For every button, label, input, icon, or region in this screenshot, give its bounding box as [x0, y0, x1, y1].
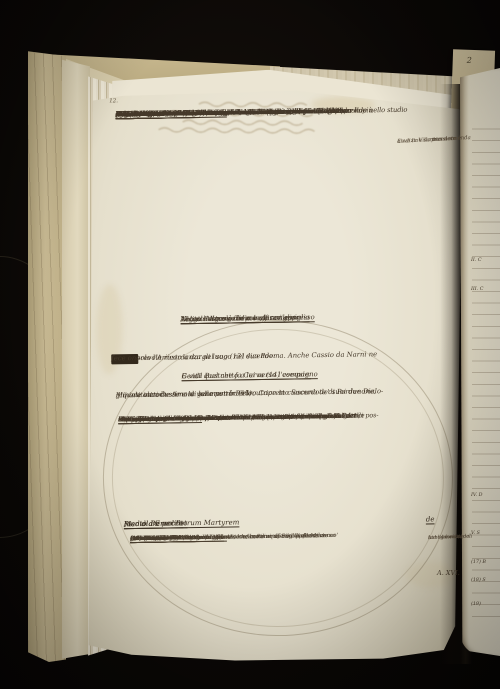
vellum-cover-left-edge [28, 50, 66, 662]
works-list-heading: I. Riso di Democrito, e Pianto d'Eraclit… [124, 515, 426, 520]
manuscript-photo: 2 12. Calmone (10). Dopo le strane vicen… [0, 0, 500, 689]
handwritten-text-layer: 12. Calmone (10). Dopo le strane vicende… [115, 83, 468, 660]
vellum-inner-strip [62, 58, 90, 660]
manuscript-page: 12. Calmone (10). Dopo le strane vicende… [87, 88, 463, 664]
folio-mark-left: 12. [109, 98, 118, 104]
adjacent-page-fragment: V. S [471, 531, 480, 536]
adjacent-page-fragment: III. C [471, 287, 483, 292]
adjacent-page-fragment: (17) B [471, 560, 486, 565]
adjacent-page-fragment: (19) [471, 602, 481, 607]
adjacent-page-edge: II. CIII. CIV. DV. S(17) B(18) S(19) [460, 68, 500, 656]
adjacent-page-fragment: II. C [471, 258, 482, 263]
adjacent-page-fragment: IV. D [471, 493, 482, 498]
adjacent-page-text-lines [472, 120, 500, 620]
folio-mark-right: 2 [467, 56, 472, 65]
adjacent-page-fragment: (18) S [471, 578, 486, 583]
margin-reference-axvi: A. XVI. [437, 569, 460, 577]
handwritten-line: I. Riso di Democrito, e Pianto d'Eraclit… [124, 515, 426, 520]
